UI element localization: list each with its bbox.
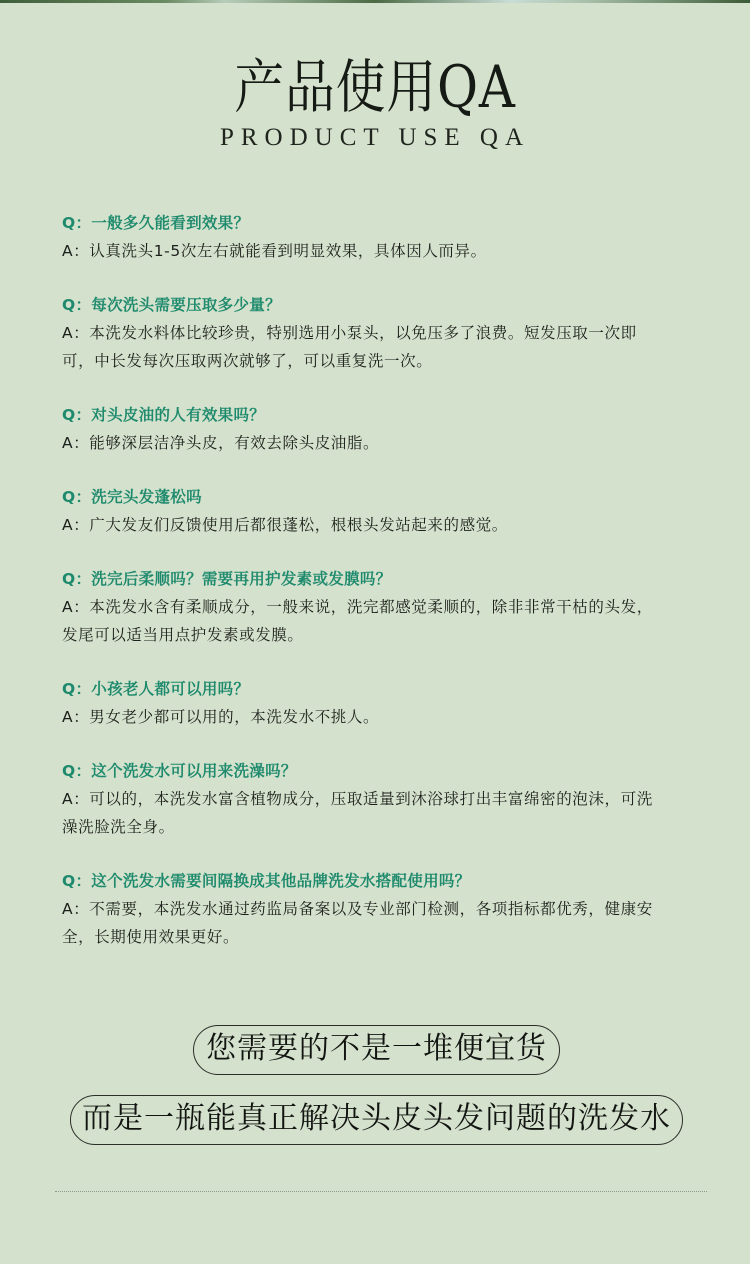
dotted-divider: [55, 1191, 707, 1192]
slogan-pill-1: 您需要的不是一堆便宜货: [193, 1025, 560, 1075]
qa-item: Q：洗完后柔顺吗？需要再用护发素或发膜吗？ A：本洗发水含有柔顺成分，一般来说，…: [62, 565, 662, 649]
qa-answer: A：广大发友们反馈使用后都很蓬松，根根头发站起来的感觉。: [62, 511, 662, 539]
qa-question: Q：这个洗发水可以用来洗澡吗？: [62, 757, 662, 785]
qa-item: Q：洗完头发蓬松吗 A：广大发友们反馈使用后都很蓬松，根根头发站起来的感觉。: [62, 483, 662, 539]
qa-question: Q：对头皮油的人有效果吗？: [62, 401, 662, 429]
qa-answer: A：男女老少都可以用的，本洗发水不挑人。: [62, 703, 662, 731]
qa-item: Q：这个洗发水可以用来洗澡吗？ A：可以的，本洗发水富含植物成分，压取适量到沐浴…: [62, 757, 662, 841]
qa-item: Q：一般多久能看到效果？ A：认真洗头1-5次左右就能看到明显效果，具体因人而异…: [62, 209, 662, 265]
qa-item: Q：对头皮油的人有效果吗？ A：能够深层洁净头皮，有效去除头皮油脂。: [62, 401, 662, 457]
qa-question: Q：一般多久能看到效果？: [62, 209, 662, 237]
qa-question: Q：洗完后柔顺吗？需要再用护发素或发膜吗？: [62, 565, 662, 593]
page-subtitle: PRODUCT USE QA: [0, 122, 750, 154]
page-title: 产品使用QA: [53, 52, 698, 122]
qa-item: Q：小孩老人都可以用吗？ A：男女老少都可以用的，本洗发水不挑人。: [62, 675, 662, 731]
qa-list: Q：一般多久能看到效果？ A：认真洗头1-5次左右就能看到明显效果，具体因人而异…: [62, 209, 662, 977]
qa-item: Q：每次洗头需要压取多少量？ A：本洗发水料体比较珍贵，特别选用小泵头，以免压多…: [62, 291, 662, 375]
qa-question: Q：每次洗头需要压取多少量？: [62, 291, 662, 319]
qa-answer: A：能够深层洁净头皮，有效去除头皮油脂。: [62, 429, 662, 457]
qa-answer: A：本洗发水含有柔顺成分，一般来说，洗完都感觉柔顺的，除非非常干枯的头发，发尾可…: [62, 593, 662, 649]
qa-question: Q：这个洗发水需要间隔换成其他品牌洗发水搭配使用吗？: [62, 867, 662, 895]
slogan-pill-2: 而是一瓶能真正解决头皮头发问题的洗发水: [70, 1095, 683, 1145]
qa-question: Q：小孩老人都可以用吗？: [62, 675, 662, 703]
qa-answer: A：认真洗头1-5次左右就能看到明显效果，具体因人而异。: [62, 237, 662, 265]
qa-answer: A：本洗发水料体比较珍贵，特别选用小泵头，以免压多了浪费。短发压取一次即可，中长…: [62, 319, 662, 375]
top-decorative-strip: [0, 0, 750, 3]
qa-item: Q：这个洗发水需要间隔换成其他品牌洗发水搭配使用吗？ A：不需要，本洗发水通过药…: [62, 867, 662, 951]
qa-answer: A：不需要，本洗发水通过药监局备案以及专业部门检测，各项指标都优秀，健康安全，长…: [62, 895, 662, 951]
qa-question: Q：洗完头发蓬松吗: [62, 483, 662, 511]
qa-answer: A：可以的，本洗发水富含植物成分，压取适量到沐浴球打出丰富绵密的泡沫，可洗澡洗脸…: [62, 785, 662, 841]
